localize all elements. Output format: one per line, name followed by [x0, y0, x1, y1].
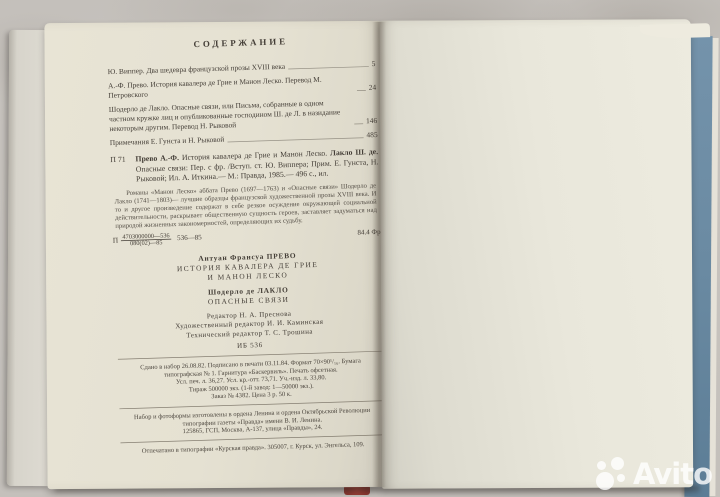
table-of-contents: Ю. Виппер. Два шедевра французской прозы…: [108, 59, 378, 148]
catalog-author-1: Прево А.-Ф.: [135, 154, 179, 163]
imprint-block: Сдано в набор 26.08.82. Подписано в печа…: [121, 356, 381, 403]
left-page-content: СОДЕРЖАНИЕ Ю. Виппер. Два шедевра францу…: [106, 25, 387, 456]
avito-logo-icon: [595, 457, 629, 491]
avito-watermark: Avito: [595, 457, 712, 491]
contents-heading: СОДЕРЖАНИЕ: [107, 33, 375, 52]
photo-background: СОДЕРЖАНИЕ Ю. Виппер. Два шедевра францу…: [0, 0, 720, 497]
left-page: СОДЕРЖАНИЕ Ю. Виппер. Два шедевра францу…: [44, 21, 383, 489]
code-tail: 536—85: [177, 234, 202, 242]
toc-entry: А.-Ф. Прево. История кавалера де Грие и …: [108, 73, 376, 100]
watermark-label: Avito: [633, 457, 712, 491]
printed-at-line: Отпечатано в типографии «Курская правда»…: [124, 439, 383, 455]
code-prefix: П: [113, 236, 119, 244]
toc-leader-line: [227, 137, 363, 142]
logo-circle: [597, 461, 606, 470]
toc-leader-line: [354, 123, 363, 124]
logo-circle: [611, 457, 624, 470]
book-gutter-shadow: [372, 22, 386, 487]
title-block: Антуан Франсуа ПРЕВО ИСТОРИЯ КАВАЛЕРА ДЕ…: [113, 248, 384, 353]
annotation-paragraph: Романы «Манон Леско» аббата Прево (1697—…: [114, 181, 377, 230]
logo-circle: [617, 474, 625, 482]
toc-leader-line: [288, 66, 369, 69]
toc-entry: Шодерло де Лакло. Опасные связи, или Пис…: [109, 97, 378, 134]
catalog-entry: Прево А.-Ф. История кавалера де Грие и М…: [135, 147, 379, 184]
printed-at-block: Отпечатано в типографии «Курская правда»…: [124, 439, 383, 455]
toc-entry-text: Ю. Виппер. Два шедевра французской прозы…: [108, 62, 286, 77]
catalog-author-2: Лакло Ш. де.: [330, 148, 378, 158]
printing-house-block: Набор и фотоформы изготовлены в ордена Л…: [123, 406, 383, 437]
logo-circle: [596, 472, 614, 490]
toc-leader-line: [357, 90, 366, 91]
toc-entry-text: Шодерло де Лакло. Опасные связи, или Пис…: [109, 98, 352, 134]
code-fraction: 4703000000—536 080(02)—85: [121, 232, 172, 248]
toc-entry-text: А.-Ф. Прево. История кавалера де Грие и …: [108, 74, 354, 101]
publication-code-row: П 4703000000—536 080(02)—85 536—85 84.4 …: [113, 225, 381, 247]
catalog-card: П 71 Прево А.-Ф. История кавалера де Гри…: [110, 147, 379, 185]
catalog-index-code: П 71: [110, 155, 136, 186]
code-denominator: 080(02)—85: [130, 238, 163, 246]
toc-entry-text: Примечания Е. Гунста и Н. Рыковой: [110, 135, 225, 148]
toc-entry: Примечания Е. Гунста и Н. Рыковой 485: [110, 130, 378, 148]
right-page-blank: [380, 19, 693, 489]
